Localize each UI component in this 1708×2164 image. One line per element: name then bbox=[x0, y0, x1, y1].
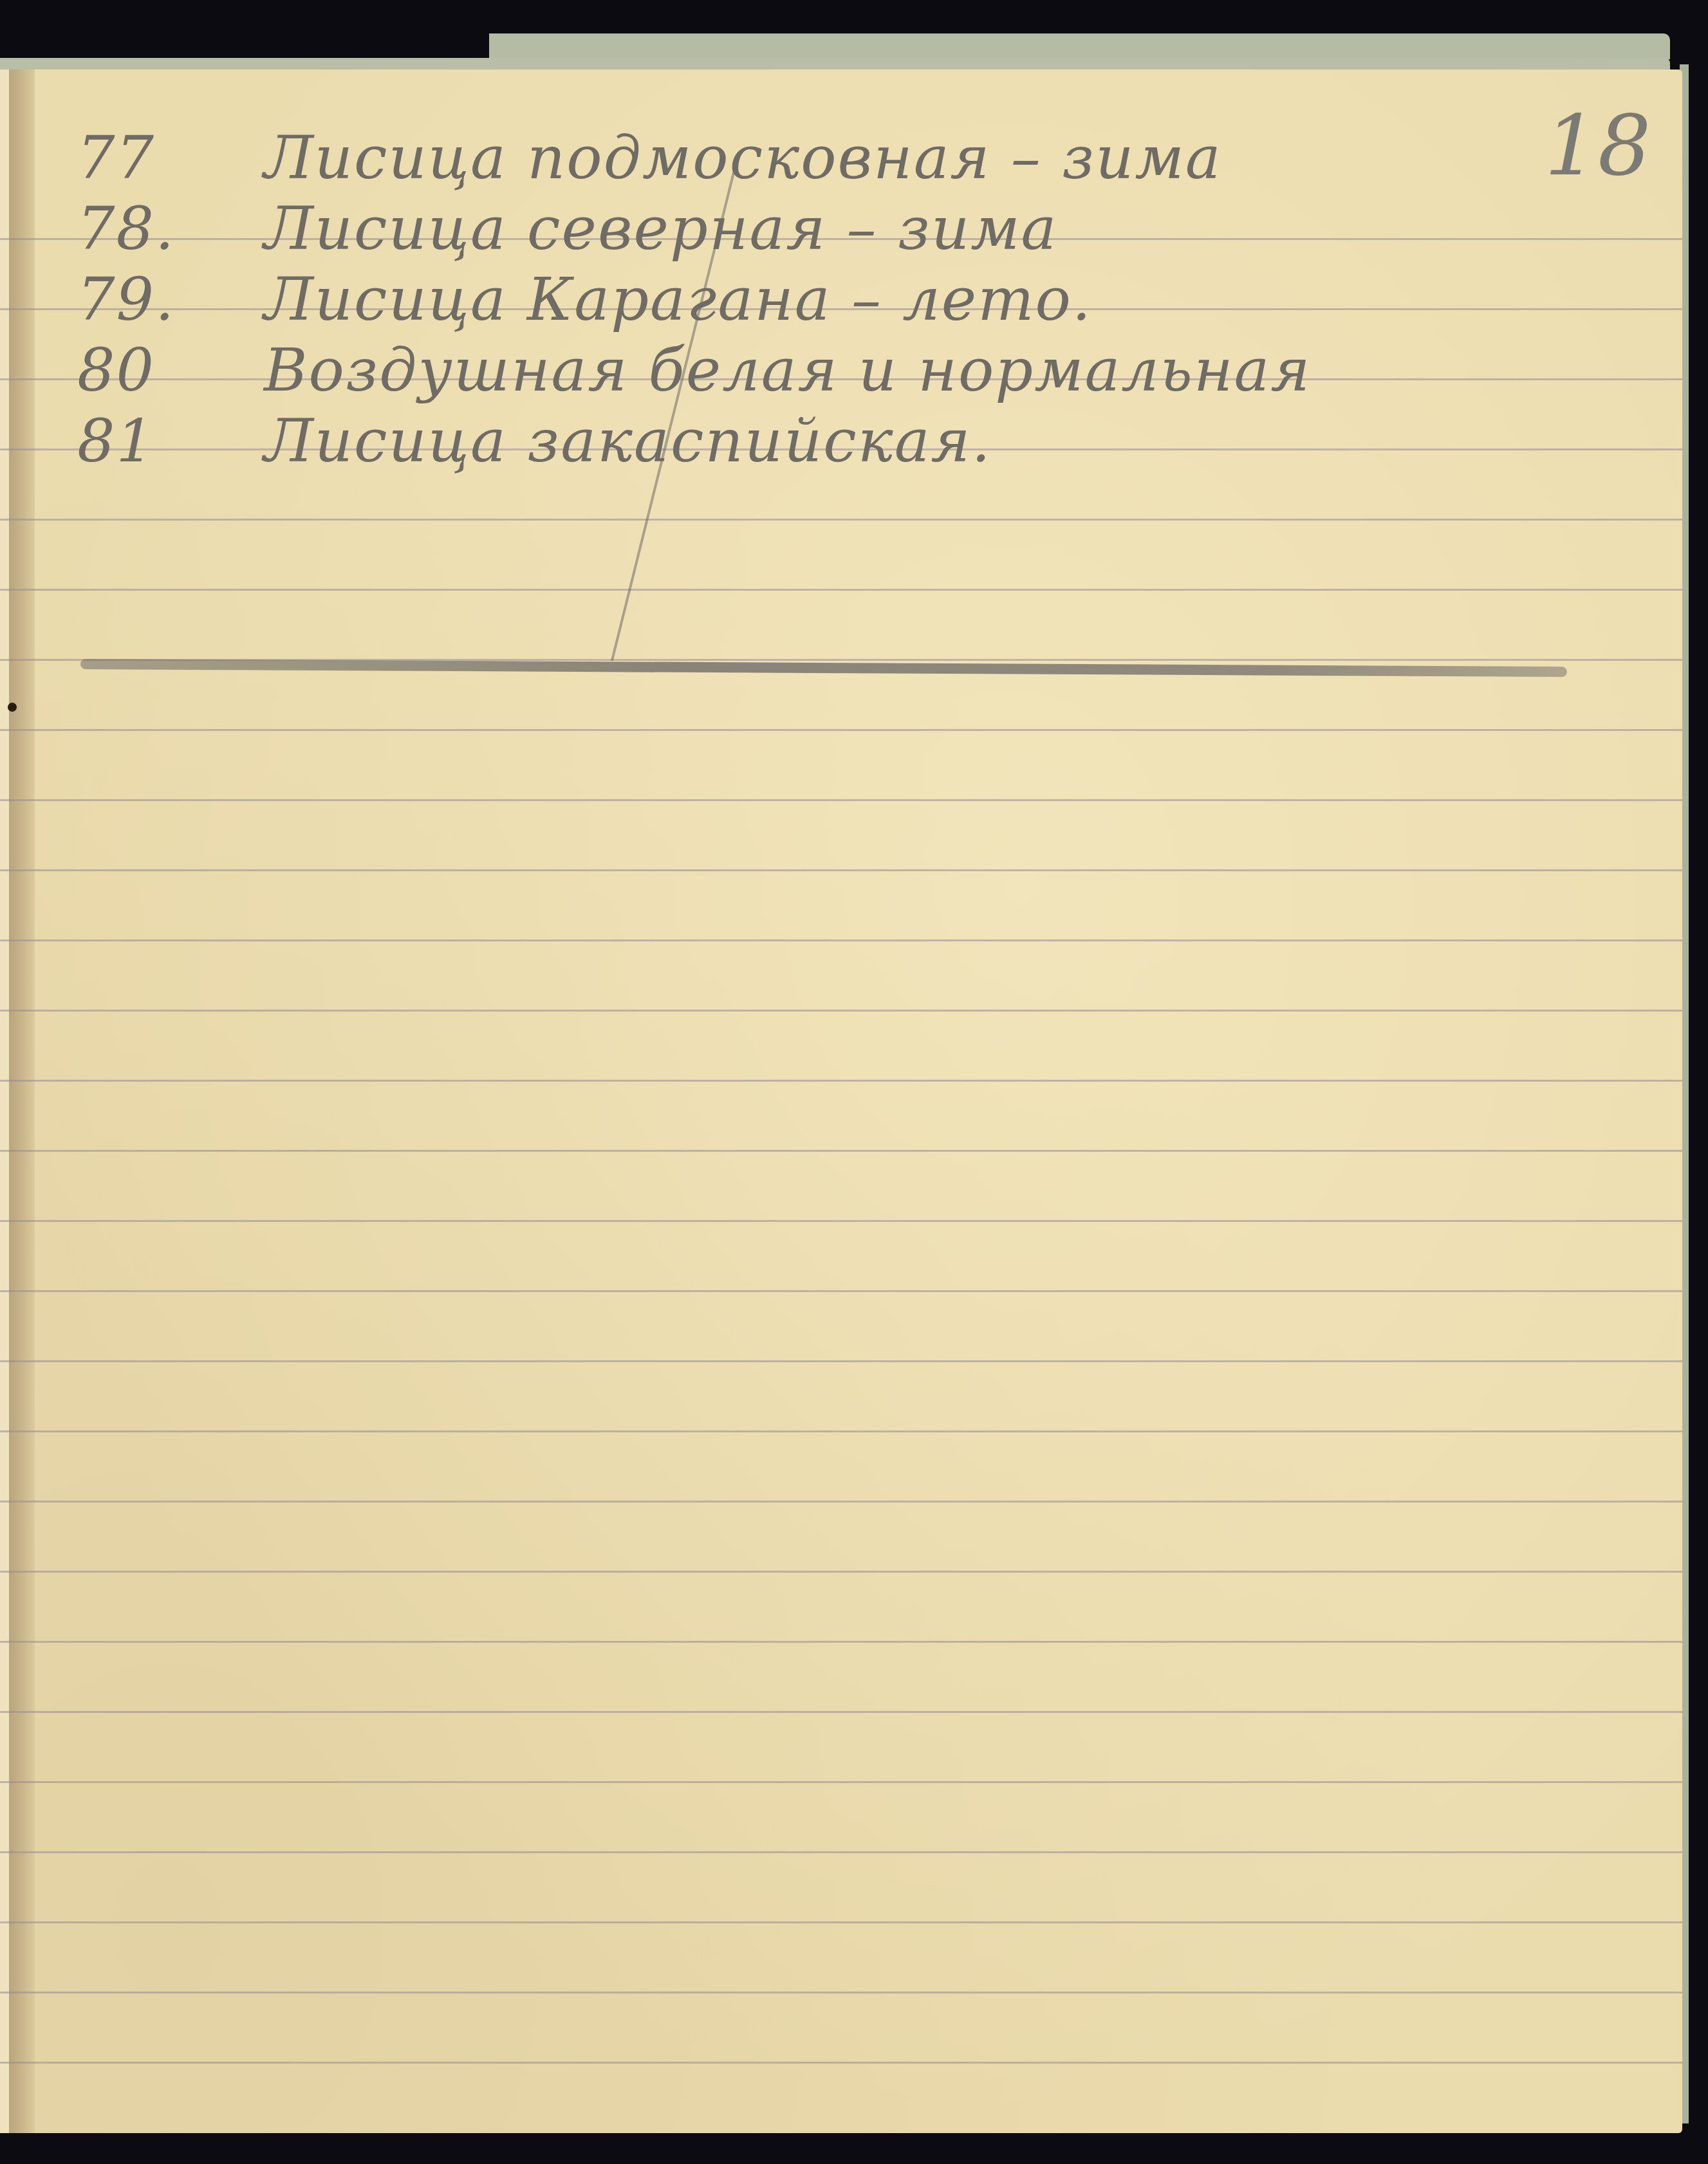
ruled-line bbox=[0, 1290, 1682, 1292]
ruled-line bbox=[0, 869, 1682, 871]
entry-text: Лисица подмосковная – зима bbox=[264, 124, 1222, 192]
notebook-cover-edge bbox=[489, 33, 1670, 59]
ruled-line bbox=[0, 1711, 1682, 1713]
entry-text: Воздушная белая и нормальная bbox=[264, 336, 1311, 405]
ruled-line bbox=[0, 1992, 1682, 1993]
ruled-line bbox=[0, 1150, 1682, 1152]
ruled-line bbox=[0, 939, 1682, 941]
ruled-line bbox=[0, 1220, 1682, 1222]
ruled-line bbox=[0, 1781, 1682, 1783]
ruled-line bbox=[0, 1921, 1682, 1923]
list-item: 80 Воздушная белая и нормальная bbox=[77, 335, 1311, 405]
list-item: 79. Лисица Карагана – лето. bbox=[77, 264, 1092, 334]
ruled-line bbox=[0, 729, 1682, 731]
entry-text: Лисица закаспийская. bbox=[264, 407, 992, 476]
ruled-line bbox=[0, 1360, 1682, 1362]
entry-number: 79. bbox=[77, 265, 264, 334]
entry-number: 80 bbox=[77, 336, 264, 405]
ruled-line bbox=[0, 1080, 1682, 1082]
binding-hole bbox=[8, 703, 17, 712]
ruled-line bbox=[0, 2062, 1682, 2064]
list-item: 78. Лисица северная – зима bbox=[77, 193, 1057, 263]
list-item: 77 Лисица подмосковная – зима bbox=[77, 122, 1222, 192]
ruled-line bbox=[0, 519, 1682, 521]
entry-number: 81 bbox=[77, 407, 264, 476]
entry-number: 78. bbox=[77, 194, 264, 263]
entry-text: Лисица северная – зима bbox=[264, 194, 1057, 263]
ruled-line bbox=[0, 1501, 1682, 1503]
ruled-line bbox=[0, 1641, 1682, 1643]
ruled-line bbox=[0, 1571, 1682, 1573]
ruled-line bbox=[0, 799, 1682, 801]
page-number: 18 bbox=[1545, 97, 1651, 194]
ruled-line bbox=[0, 589, 1682, 591]
ruled-line bbox=[0, 1430, 1682, 1432]
ruled-line bbox=[0, 1010, 1682, 1012]
entry-text: Лисица Карагана – лето. bbox=[264, 265, 1092, 334]
ruled-line bbox=[0, 1851, 1682, 1853]
entry-number: 77 bbox=[77, 124, 264, 192]
list-item: 81 Лисица закаспийская. bbox=[77, 405, 992, 476]
